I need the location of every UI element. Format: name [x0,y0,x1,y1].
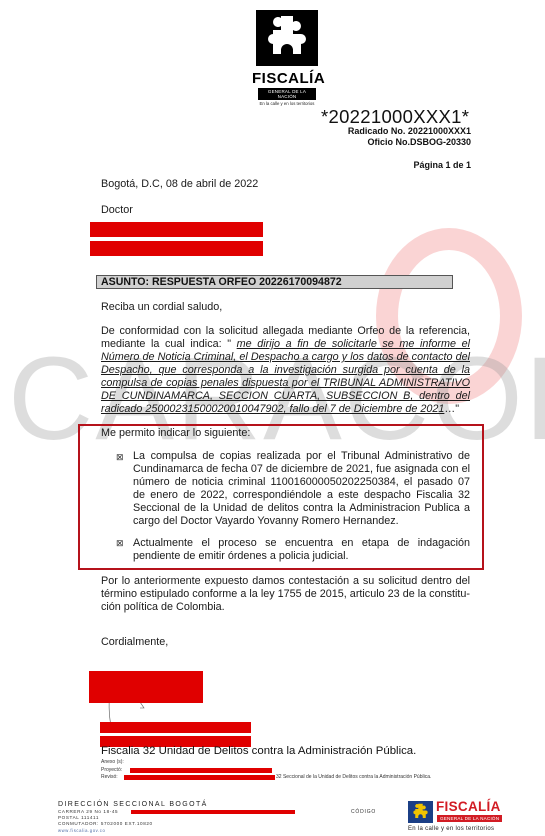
radicado-number: Radicado No. 20221000XXX1 [348,126,471,136]
redacted-proyecto [130,768,272,773]
list-item: La compulsa de copias realizada por el T… [133,450,470,528]
oficio-number: Oficio No.DSBOG-20330 [367,137,471,147]
redacted-recipient-detail [90,241,263,256]
footer-address: CARRERA 29 No 18-45 [58,809,118,814]
quote-end: …" [444,403,459,415]
footer-postal: POSTAL 111411 [58,815,99,820]
checkbox-bullet-icon: ⊠ [116,538,124,549]
footer-phone: CONMUTADOR: 5702000 EXT.10820 [58,821,153,826]
footer-logo: FISCALÍA GENERAL DE LA NACIÓN En la call… [408,800,523,836]
anexo-label: Anexo (s): [101,759,124,765]
barcode-text: *20221000XXX1* [321,106,469,128]
footer-website-link[interactable]: www.fiscalia.gov.co [58,828,105,833]
footer-logo-name: FISCALÍA [436,799,501,814]
reviso-unit: 32 Seccional de la Unidad de Delitos con… [276,774,431,780]
footer-codigo: CÓDIGO [351,809,376,815]
footer-logo-subtitle: GENERAL DE LA NACIÓN [437,815,502,822]
reviso-label: Revisó: [101,774,118,780]
logo-tagline: En la calle y en los territorios [252,101,322,106]
redacted-address-detail [131,810,295,814]
logo-subtitle: GENERAL DE LA NACIÓN [258,88,316,100]
logo-name: FISCALÍA [252,70,322,87]
closing-paragraph: Por lo anteriormente expuesto damos cont… [101,575,470,614]
footer-title: DIRECCIÓN SECCIONAL BOGOTÁ [58,801,208,808]
greeting: Reciba un cordial saludo, [101,301,470,314]
page-number: Página 1 de 1 [413,160,471,170]
footer-logo-tagline: En la calle y en los territorios [408,826,494,832]
proyecto-label: Proyectó: [101,767,122,773]
conformidad-paragraph: De conformidad con la solicitud allegada… [101,325,470,416]
redacted-recipient-name [90,222,263,237]
salutation-title: Doctor [101,204,470,217]
puzzle-piece-icon [408,801,433,823]
puzzle-piece-icon [256,10,318,66]
fiscalia-logo: FISCALÍA GENERAL DE LA NACIÓN En la call… [252,10,322,106]
signer-unit: Fiscalia 32 Unidad de Delitos contra la … [101,745,416,757]
redacted-reviso [124,775,275,780]
redacted-signature [89,671,203,703]
city-date: Bogotá, D.C, 08 de abril de 2022 [101,178,470,191]
box-intro: Me permito indicar lo siguiente: [101,427,470,440]
subject-line: ASUNTO: RESPUESTA ORFEO 20226170094872 [96,275,453,289]
valediction: Cordialmente, [101,636,470,649]
checkbox-bullet-icon: ⊠ [116,452,124,463]
list-item: Actualmente el proceso se encuentra en e… [133,537,470,563]
redacted-signer-name [100,722,251,733]
